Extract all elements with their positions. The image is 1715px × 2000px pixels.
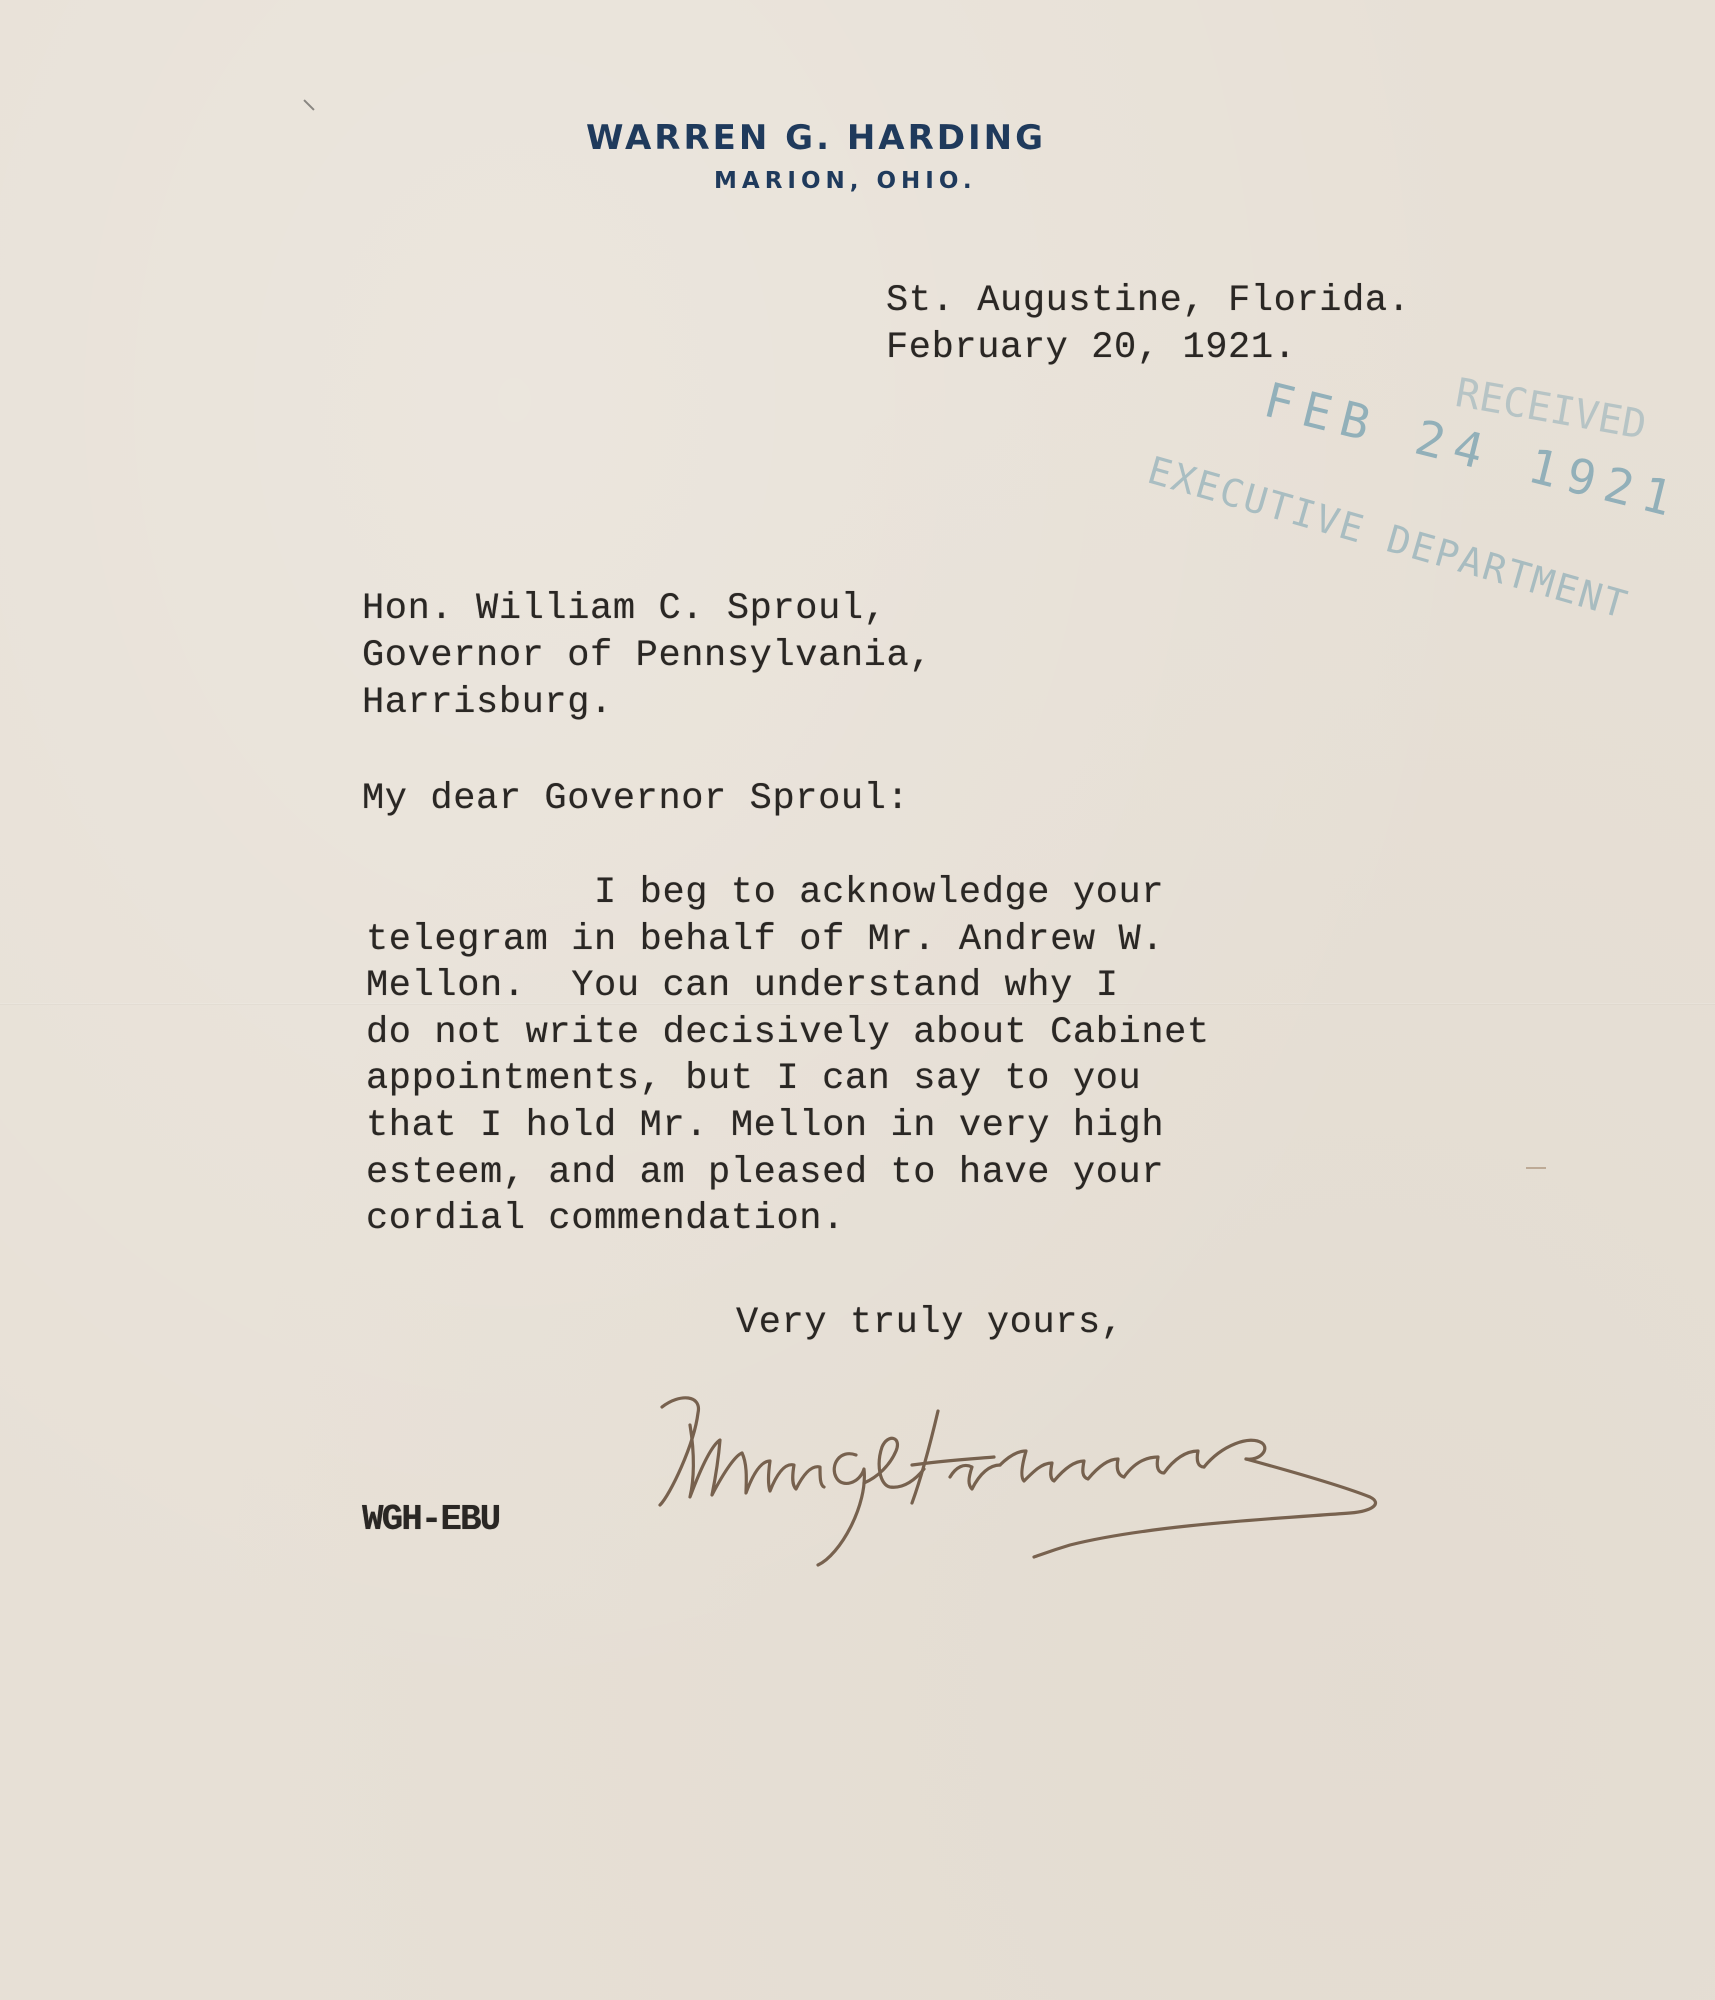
salutation: My dear Governor Sproul: (362, 776, 909, 823)
body-line: I beg to acknowledge your (366, 870, 1164, 917)
body-line: Mellon. You can understand why I (366, 963, 1119, 1010)
reference-initials: WGH-EBU (362, 1496, 499, 1543)
dateline-date: February 20, 1921. (886, 325, 1296, 372)
dateline-location: St. Augustine, Florida. (886, 278, 1410, 325)
closing: Very truly yours, (736, 1300, 1124, 1347)
body-line: that I hold Mr. Mellon in very high (366, 1103, 1164, 1150)
letterhead-place: MARION, OHIO. (714, 168, 977, 194)
addressee-line: Governor of Pennsylvania, (362, 633, 932, 680)
addressee-line: Harrisburg. (362, 680, 613, 727)
body-line: telegram in behalf of Mr. Andrew W. (366, 917, 1164, 964)
handwritten-signature (650, 1385, 1640, 1570)
addressee-line: Hon. William C. Sproul, (362, 586, 886, 633)
body-line: do not write decisively about Cabinet (366, 1010, 1210, 1057)
paper-fiber (1526, 1167, 1546, 1169)
body-line: appointments, but I can say to you (366, 1056, 1141, 1103)
letterhead-name: WARREN G. HARDING (586, 118, 1046, 158)
body-line: cordial commendation. (366, 1196, 845, 1243)
body-line: esteem, and am pleased to have your (366, 1150, 1164, 1197)
